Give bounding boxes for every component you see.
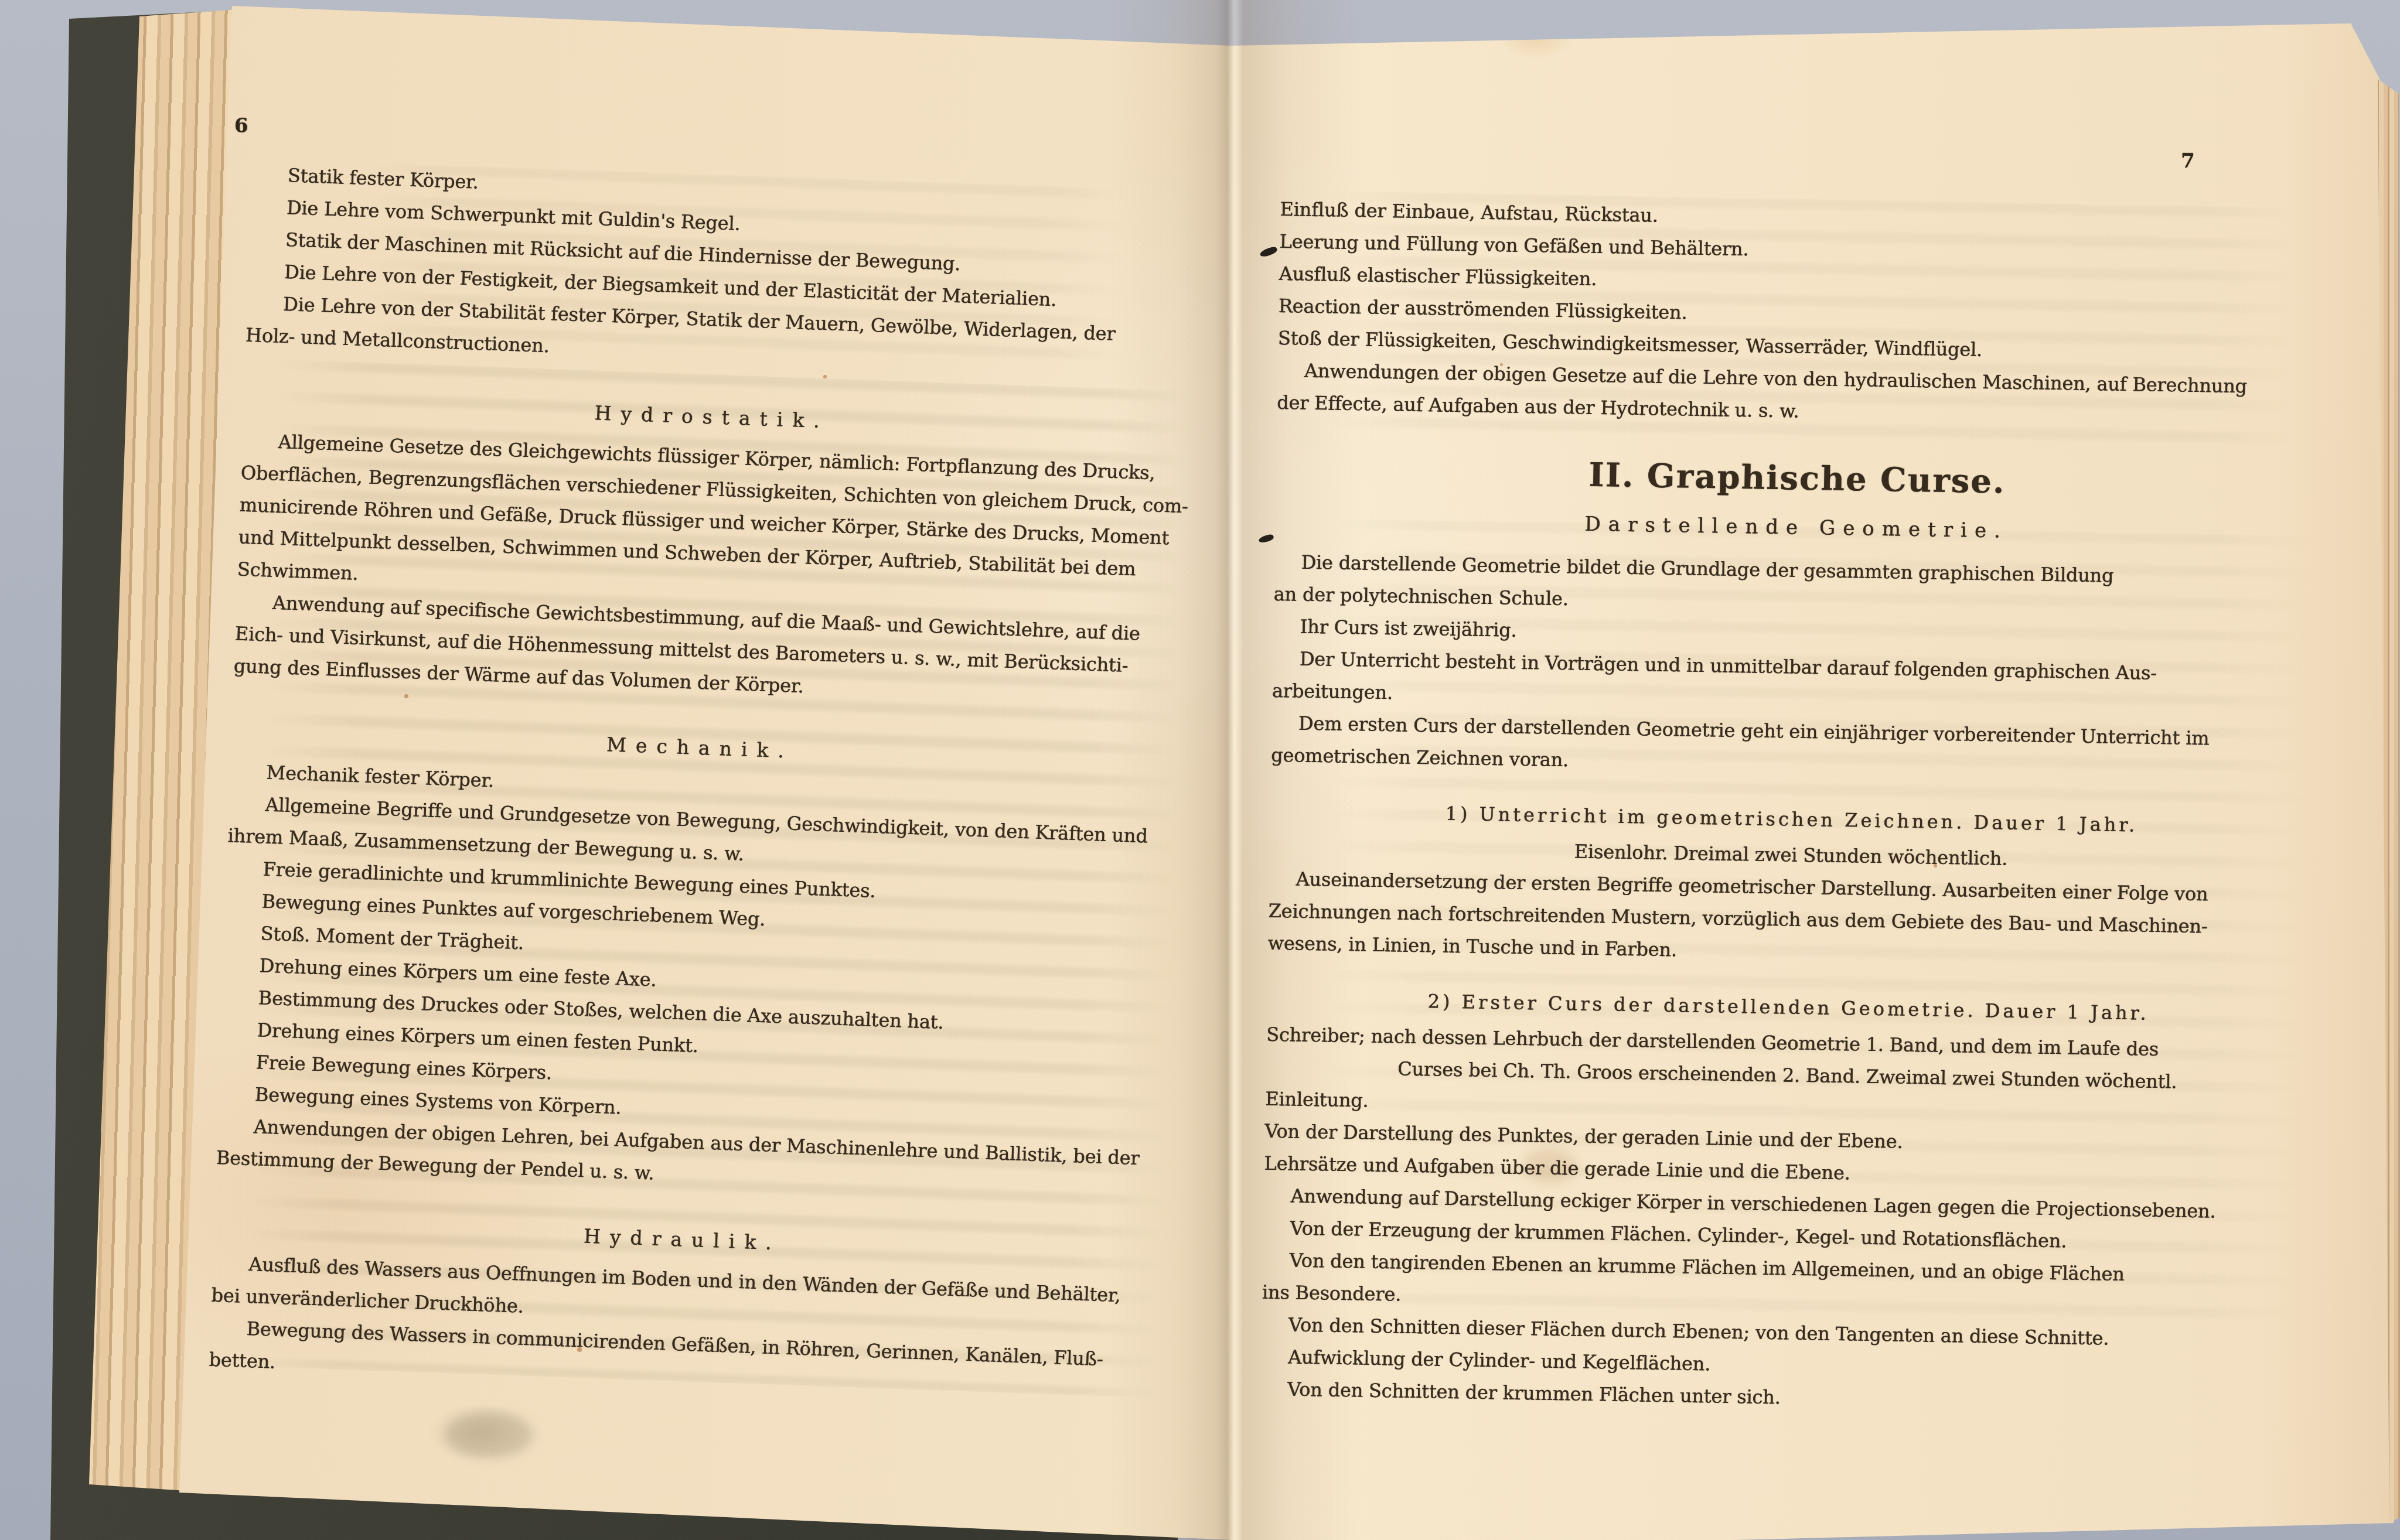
page-number-left: 6: [234, 116, 248, 136]
section-heading: Darstellende Geometrie.: [1274, 503, 2318, 553]
book-spread-photo: 6 7 Statik fester Körper.Die Lehre vom S…: [0, 0, 2400, 1540]
page-number-right: 7: [2181, 151, 2195, 171]
page-left-text: Statik fester Körper.Die Lehre vom Schwe…: [209, 158, 1189, 1409]
page-right-text: Einfluß der Einbaue, Aufstau, Rückstau.L…: [1260, 193, 2323, 1422]
section-heading: II. Graphische Curse.: [1276, 449, 2319, 508]
